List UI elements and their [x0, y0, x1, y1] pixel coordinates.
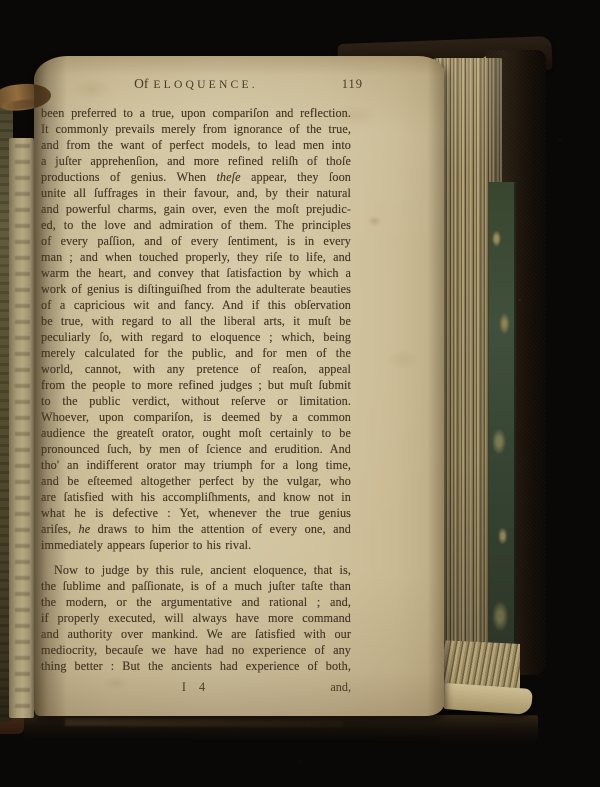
- bottom-board-edge: [24, 713, 538, 742]
- text-line: ed, to the love and admiration of them. …: [41, 217, 351, 233]
- text-line: from the people to more refined judges ;…: [41, 377, 351, 393]
- text-line: of every paſſion, and of every ſentiment…: [41, 233, 351, 249]
- text-line: man ; and when touched properly, they ri…: [41, 249, 351, 265]
- page-footer: I 4 and,: [41, 680, 351, 696]
- text-line: the ſublime and paſſionate, is of a much…: [41, 578, 351, 594]
- facing-page-sliver: [9, 138, 34, 718]
- text-line: peculiarly ſo, with regard to eloquence …: [41, 329, 351, 345]
- text-line: work of genius is diſtinguiſhed from the…: [41, 281, 351, 297]
- text-line: to the public verdict, without reſerve o…: [41, 393, 351, 409]
- text-line: and from the want of perfect models, to …: [41, 137, 351, 153]
- text-line: and authority over mankind. We are ſatis…: [41, 626, 351, 642]
- text-line: of a capricious wit and fancy. And if th…: [41, 297, 351, 313]
- text-line: a juſter apprehenſion, and more refined …: [41, 153, 351, 169]
- text-line: warm the heart, and convey that ſatisfac…: [41, 265, 351, 281]
- typeset-text-block: Of ELOQUENCE. 119 been preferred to a tr…: [41, 76, 351, 696]
- text-line: what he is defective : Yet, whenever the…: [41, 505, 351, 521]
- running-title-prefix: Of: [134, 76, 148, 92]
- marbled-board-edge: [489, 182, 516, 654]
- text-line: tho' an indifferent orator may triumph f…: [41, 457, 351, 473]
- photo-background: Of ELOQUENCE. 119 been preferred to a tr…: [0, 0, 600, 787]
- paragraph: been preferred to a true, upon compariſo…: [41, 105, 351, 553]
- page-corner-tab: [443, 683, 533, 715]
- text-line: if properly executed, will always have m…: [41, 610, 351, 626]
- text-line: Now to judge by this rule, ancient eloqu…: [41, 562, 351, 578]
- text-line: and powerful charms, gain over, even the…: [41, 201, 351, 217]
- catchword: and,: [330, 680, 351, 695]
- text-line: thing better : But the ancients had expe…: [41, 658, 351, 674]
- book-page: Of ELOQUENCE. 119 been preferred to a tr…: [34, 56, 444, 716]
- text-line: and be eſteemed altogether perfect by th…: [41, 473, 351, 489]
- text-line: It commonly prevails merely from ignoran…: [41, 121, 351, 137]
- text-line: the modern, or the argumentative and rat…: [41, 594, 351, 610]
- signature-mark: I 4: [182, 680, 210, 695]
- text-line: immediately appears ſuperior to his riva…: [41, 537, 351, 553]
- text-line: merely calculated for the public, and fo…: [41, 345, 351, 361]
- text-line: unite all ſuffrages in their favour, and…: [41, 185, 351, 201]
- running-header: Of ELOQUENCE. 119: [41, 76, 351, 94]
- text-line: been preferred to a true, upon compariſo…: [41, 105, 351, 121]
- text-line: audience the greateſt orator, ought moſt…: [41, 425, 351, 441]
- text-line: be true, with regard to all the liberal …: [41, 313, 351, 329]
- text-line: world, cannot, with any pretence of reaſ…: [41, 361, 351, 377]
- text-line: productions of genius. When theſe appear…: [41, 169, 351, 185]
- text-line: mediocrity, becauſe we have had no exper…: [41, 642, 351, 658]
- text-line: Whoever, upon compariſon, is deemed by a…: [41, 409, 351, 425]
- paragraph: Now to judge by this rule, ancient eloqu…: [41, 562, 351, 674]
- text-line: are ſatisfied with his accompliſhments, …: [41, 489, 351, 505]
- page-body: been preferred to a true, upon compariſo…: [41, 105, 351, 674]
- text-line: pronounced ſuch, by men of ſcience and e…: [41, 441, 351, 457]
- page-number: 119: [342, 77, 363, 92]
- running-title: ELOQUENCE.: [153, 78, 257, 91]
- text-line: ariſes, he draws to him the attention of…: [41, 521, 351, 537]
